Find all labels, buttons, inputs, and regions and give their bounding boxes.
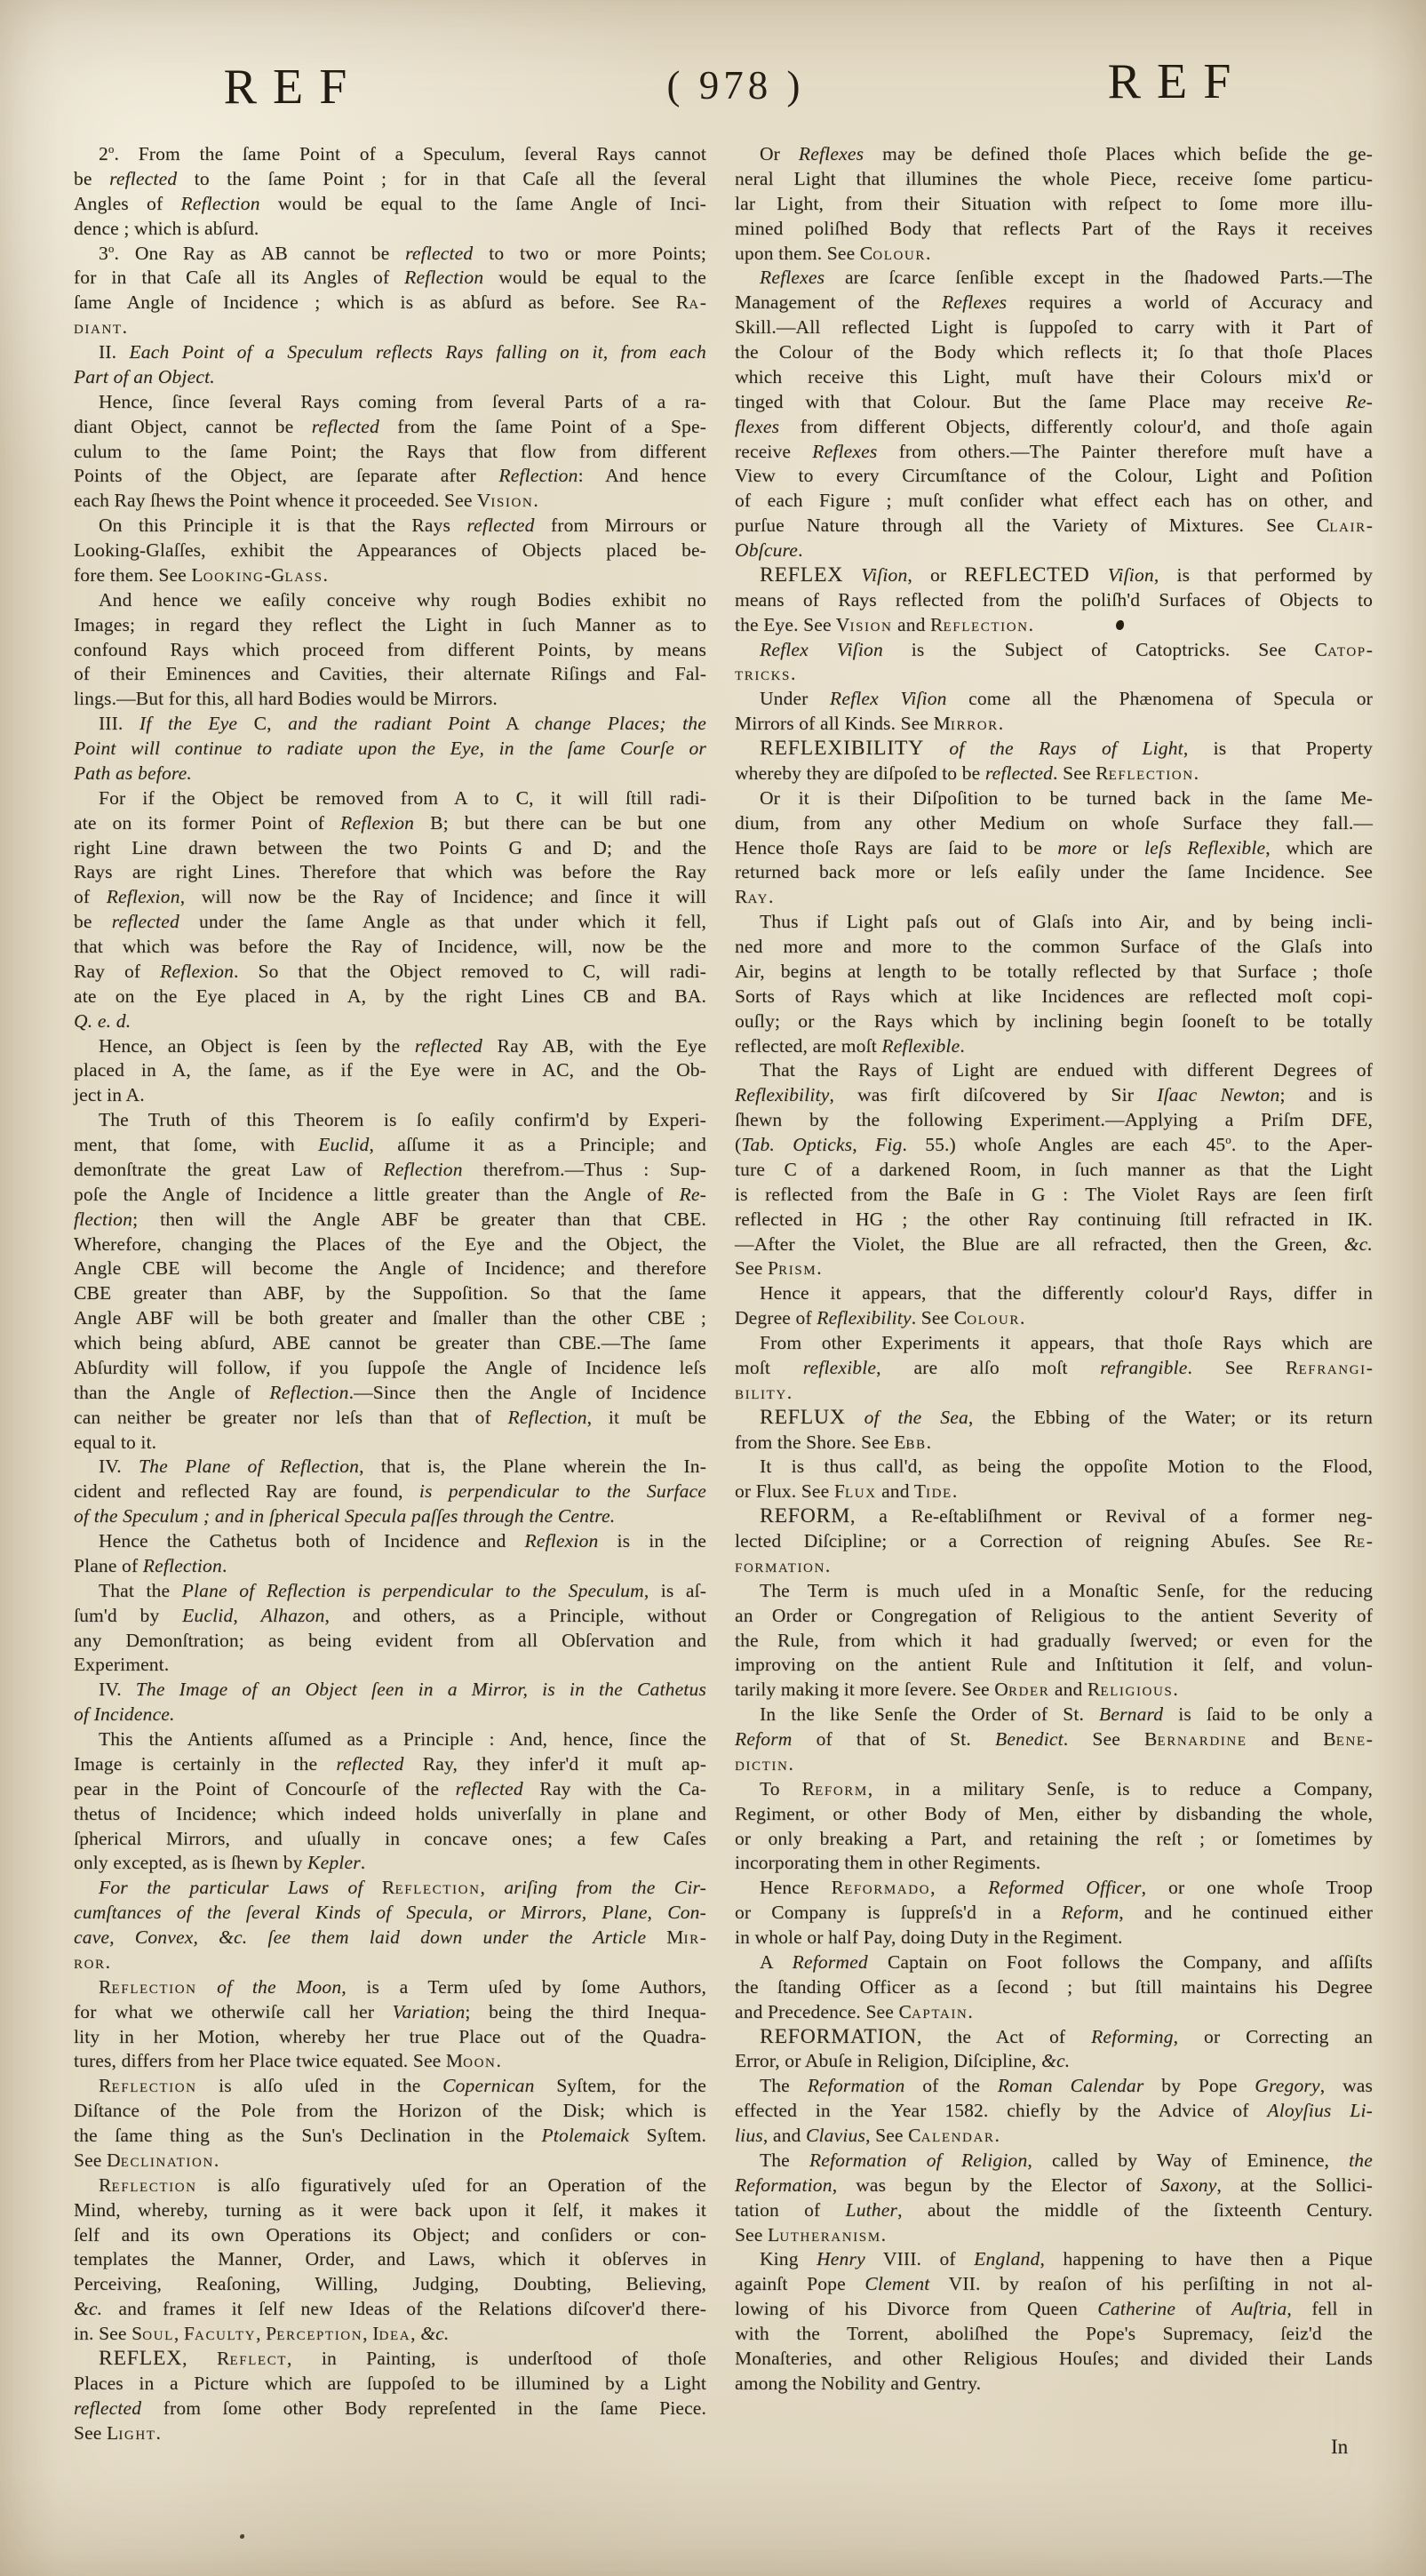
text-line: lius, and Clavius, See Calendar. — [735, 2124, 1373, 2149]
text-line: A Reformed Captain on Foot follows the C… — [735, 1950, 1373, 1975]
text-line: dictin. — [735, 1752, 1373, 1777]
text-line: reflected in HG ; the other Ray continui… — [735, 1208, 1373, 1232]
text-line: See Light. — [74, 2421, 706, 2446]
text-line: lity in her Motion, whereby her true Pla… — [74, 2025, 706, 2050]
text-line: And hence we eaſily conceive why rough B… — [74, 588, 706, 613]
text-line: ſame Angle of Incidence ; which is as ab… — [74, 291, 706, 315]
text-line: Or it is their Diſpoſition to be turned … — [735, 786, 1373, 811]
text-line: On this Principle it is that the Rays re… — [74, 514, 706, 538]
text-line: purſue Nature through all the Variety of… — [735, 514, 1373, 538]
text-line: Thus if Light paſs out of Glaſs into Air… — [735, 910, 1373, 935]
text-line: cident and reflected Ray are found, is p… — [74, 1479, 706, 1504]
text-line: of each Figure ; muſt conſider what effe… — [735, 489, 1373, 514]
text-line: Reflection of the Moon, is a Term uſed b… — [74, 1975, 706, 2000]
text-line: Abſurdity will follow, if you ſuppoſe th… — [74, 1356, 706, 1381]
text-line: REFLUX of the Sea, the Ebbing of the Wat… — [735, 1406, 1373, 1431]
text-line: ture C of a darkened Room, in ſuch manne… — [735, 1158, 1373, 1183]
text-line: in. See Soul, Faculty, Perception, Idea,… — [74, 2322, 706, 2347]
text-line: Reflexes are ſcarce ſenſible except in t… — [735, 266, 1373, 291]
text-line: Mind, whereby, turning as it were back u… — [74, 2198, 706, 2223]
text-line: The Truth of this Theorem is ſo eaſily c… — [74, 1108, 706, 1133]
text-line: cave, Convex, &c. ſee them laid down und… — [74, 1926, 706, 1950]
text-line: whereby they are diſpoſed to be reflecte… — [735, 762, 1373, 786]
text-line: Part of an Object. — [74, 365, 706, 390]
text-line: Angle ABF will be both greater and ſmall… — [74, 1306, 706, 1331]
text-line: Q. e. d. — [74, 1009, 706, 1034]
text-line: Perceiving, Reaſoning, Willing, Judging,… — [74, 2272, 706, 2297]
text-line: &c. and frames it ſelf new Ideas of the … — [74, 2297, 706, 2322]
text-line: right Line drawn between the two Points … — [74, 836, 706, 861]
running-title-left: REF — [224, 59, 363, 116]
text-line: poſe the Angle of Incidence a little gre… — [74, 1183, 706, 1208]
text-line: than the Angle of Reflection.—Since then… — [74, 1381, 706, 1406]
text-line: Mirrors of all Kinds. See Mirror. — [735, 712, 1373, 737]
text-line: flection; then will the Angle ABF be gre… — [74, 1208, 706, 1232]
running-head: REF ( 978 ) REF — [0, 50, 1426, 112]
text-line: receive Reflexes from others.—The Painte… — [735, 440, 1373, 465]
text-line: King Henry VIII. of England, happening t… — [735, 2247, 1373, 2272]
text-line: See Prism. — [735, 1256, 1373, 1281]
text-line: the ſame thing as the Sun's Declination … — [74, 2124, 706, 2149]
text-line: tinged with that Colour. But the ſame Pl… — [735, 390, 1373, 415]
scanned-page: { "header": { "left": "REF", "center": "… — [0, 0, 1426, 2576]
text-line: ror. — [74, 1950, 706, 1975]
text-line: or only breaking a Part, and retaining t… — [735, 1827, 1373, 1852]
text-line: Hence the Cathetus both of Incidence and… — [74, 1529, 706, 1554]
text-line: ſhewn by the following Experiment.—Apply… — [735, 1108, 1373, 1133]
text-line: mined poliſhed Body that reflects Part o… — [735, 217, 1373, 242]
text-line: ſum'd by Euclid, Alhazon, and others, as… — [74, 1604, 706, 1629]
text-line: See Declination. — [74, 2149, 706, 2173]
text-line: any Demonſtration; as being evident from… — [74, 1629, 706, 1654]
text-line: moſt reflexible, are alſo moſt refrangib… — [735, 1356, 1373, 1381]
text-line: ject in A. — [74, 1083, 706, 1108]
text-line: That the Plane of Reflection is perpendi… — [74, 1579, 706, 1604]
text-line: dence ; which is abſurd. — [74, 217, 706, 242]
text-line: Hence Reformado, a Reformed Officer, or … — [735, 1876, 1373, 1901]
text-line: Reform of that of St. Benedict. See Bern… — [735, 1727, 1373, 1752]
text-line: IV. The Image of an Object ſeen in a Mir… — [74, 1678, 706, 1703]
text-line: ate on its former Point of Reflexion B; … — [74, 811, 706, 836]
text-line: Angle CBE will become the Angle of Incid… — [74, 1256, 706, 1281]
text-line: Hence, an Object is ſeen by the reflecte… — [74, 1034, 706, 1059]
text-line: only excepted, as is ſhewn by Kepler. — [74, 1851, 706, 1876]
text-line: In the like Senſe the Order of St. Berna… — [735, 1703, 1373, 1727]
text-line: tarily making it more ſevere. See Order … — [735, 1678, 1373, 1703]
text-line: REFLEX, Reflect, in Painting, is underſt… — [74, 2347, 706, 2372]
text-line: can neither be greater nor leſs than tha… — [74, 1406, 706, 1431]
text-line: for what we otherwiſe call her Variation… — [74, 2000, 706, 2025]
text-line: The Reformation of Religion, called by W… — [735, 2149, 1373, 2173]
text-line: Image is certainly in the reflected Ray,… — [74, 1752, 706, 1777]
text-line: Reflection is alſo figuratively uſed for… — [74, 2173, 706, 2198]
text-line: of Incidence. — [74, 1703, 706, 1727]
text-line: equal to it. — [74, 1431, 706, 1455]
text-line: of Reflexion, will now be the Ray of Inc… — [74, 885, 706, 910]
text-line: For if the Object be removed from A to C… — [74, 786, 706, 811]
text-line: lings.—But for this, all hard Bodies wou… — [74, 687, 706, 712]
text-line: Reflex Viſion is the Subject of Catoptri… — [735, 638, 1373, 663]
catchword: In — [1331, 2436, 1348, 2459]
text-line: an Order or Congregation of Religious to… — [735, 1604, 1373, 1629]
text-line: or Flux. See Flux and Tide. — [735, 1479, 1373, 1504]
text-line: It is thus call'd, as being the oppoſite… — [735, 1455, 1373, 1479]
text-line: be reflected to the ſame Point ; for in … — [74, 167, 706, 192]
text-line: Management of the Reflexes requires a wo… — [735, 291, 1373, 315]
text-line: of the Speculum ; and in ſpherical Specu… — [74, 1504, 706, 1529]
text-line: and Precedence. See Captain. — [735, 2000, 1373, 2025]
text-line: 3o. One Ray as AB cannot be reflected to… — [74, 242, 706, 267]
text-line: REFORM, a Re-eſtabliſhment or Revival of… — [735, 1504, 1373, 1529]
text-line: diant Object, cannot be reflected from t… — [74, 415, 706, 440]
text-line: among the Nobility and Gentry. — [735, 2372, 1373, 2397]
text-line: Reflexibility, was firſt diſcovered by S… — [735, 1083, 1373, 1108]
text-line: tricks. — [735, 662, 1373, 687]
text-line: ſelf and its own Operations its Object; … — [74, 2223, 706, 2248]
running-title-right: REF — [1108, 53, 1247, 110]
text-line: reflected from ſome other Body repreſent… — [74, 2397, 706, 2421]
text-line: Looking-Glaſſes, exhibit the Appearances… — [74, 538, 706, 563]
text-line: of their Eminences and Cavities, their a… — [74, 662, 706, 687]
text-line: Air, begins at length to be totally refl… — [735, 960, 1373, 985]
text-line: with the Torrent, aboliſhed the Pope's S… — [735, 2322, 1373, 2347]
text-line: Under Reflex Viſion come all the Phænome… — [735, 687, 1373, 712]
text-line: or Company is ſuppreſs'd in a Reform, an… — [735, 1901, 1373, 1926]
text-line: ate on the Eye placed in A, by the right… — [74, 985, 706, 1009]
text-line: (Tab. Opticks, Fig. 55.) whoſe Angles ar… — [735, 1133, 1373, 1158]
text-line: each Ray ſhews the Point whence it proce… — [74, 489, 706, 514]
text-line: Plane of Reflection. — [74, 1554, 706, 1579]
text-line: For the particular Laws of Reflection, a… — [74, 1876, 706, 1901]
text-line: from the Shore. See Ebb. — [735, 1431, 1373, 1455]
text-line: II. Each Point of a Speculum reflects Ra… — [74, 340, 706, 365]
text-line: formation. — [735, 1554, 1373, 1579]
text-line: confound Rays which proceed from differe… — [74, 638, 706, 663]
text-line: Regiment, or other Body of Men, either b… — [735, 1802, 1373, 1827]
text-line: ment, that ſome, with Euclid, aſſume it … — [74, 1133, 706, 1158]
text-line: III. If the Eye C, and the radiant Point… — [74, 712, 706, 737]
text-line: templates the Manner, Order, and Laws, w… — [74, 2247, 706, 2272]
text-line: placed in A, the ſame, as if the Eye wer… — [74, 1058, 706, 1083]
text-line: Places in a Picture which are ſuppoſed t… — [74, 2372, 706, 2397]
text-line: tures, differs from her Place twice equa… — [74, 2049, 706, 2074]
text-line: REFLEX Viſion, or REFLECTED Viſion, is t… — [735, 563, 1373, 588]
text-line: REFLEXIBILITY of the Rays of Light, is t… — [735, 737, 1373, 762]
text-line: the Rule, from which it had gradually ſw… — [735, 1629, 1373, 1654]
text-line: Reflection is alſo uſed in the Copernica… — [74, 2074, 706, 2099]
text-line: diant. — [74, 315, 706, 340]
text-line: REFORMATION, the Act of Reforming, or Co… — [735, 2025, 1373, 2050]
text-line: 2o. From the ſame Point of a Speculum, ſ… — [74, 142, 706, 167]
text-line: that which was before the Ray of Inciden… — [74, 935, 706, 960]
text-line: effected in the Year 1582. chiefly by th… — [735, 2099, 1373, 2124]
text-line: againſt Pope Clement VII. by reaſon of h… — [735, 2272, 1373, 2297]
text-line: Images; in regard they reflect the Light… — [74, 613, 706, 638]
text-line: Hence it appears, that the differently c… — [735, 1281, 1373, 1306]
text-line: fore them. See Looking-Glass. — [74, 563, 706, 588]
text-line: Point will continue to radiate upon the … — [74, 737, 706, 762]
text-line: Experiment. — [74, 1653, 706, 1678]
text-line: Sorts of Rays which at like Incidences a… — [735, 985, 1373, 1009]
text-line: Monaſteries, and other Religious Houſes;… — [735, 2347, 1373, 2372]
text-line: which receive this Light, muſt have thei… — [735, 365, 1373, 390]
text-line: ſpherical Mirrors, and uſually in concav… — [74, 1827, 706, 1852]
text-line: Angles of Reflection would be equal to t… — [74, 192, 706, 217]
text-line: neral Light that illumines the whole Pie… — [735, 167, 1373, 192]
text-line: incorporating them in other Regiments. — [735, 1851, 1373, 1876]
text-line: Ray of Reflexion. So that the Object rem… — [74, 960, 706, 985]
text-line: improving on the antient Rule and Inſtit… — [735, 1653, 1373, 1678]
text-line: demonſtrate the great Law of Reflection … — [74, 1158, 706, 1183]
text-line: The Term is much uſed in a Monaſtic Senſ… — [735, 1579, 1373, 1604]
text-line: Error, or Abuſe in Religion, Diſcipline,… — [735, 2049, 1373, 2074]
text-line: IV. The Plane of Reflection, that is, th… — [74, 1455, 706, 1479]
text-line: lowing of his Divorce from Queen Catheri… — [735, 2297, 1373, 2322]
text-line: Obſcure. — [735, 538, 1373, 563]
text-line: Path as before. — [74, 762, 706, 786]
page-number: ( 978 ) — [667, 62, 805, 108]
text-line: the Colour of the Body which reflects it… — [735, 340, 1373, 365]
text-line: reflected, are moſt Reflexible. — [735, 1034, 1373, 1059]
text-line: which being abſurd, ABE cannot be greate… — [74, 1331, 706, 1356]
text-line: is reflected from the Baſe in G : The Vi… — [735, 1183, 1373, 1208]
text-line: in whole or half Pay, doing Duty in the … — [735, 1926, 1373, 1950]
text-line: ned more and more to the common Surface … — [735, 935, 1373, 960]
text-line: See Lutheranism. — [735, 2223, 1373, 2248]
right-column: Or Reflexes may be defined thoſe Places … — [735, 142, 1373, 2397]
text-line: This the Antients aſſumed as a Principle… — [74, 1727, 706, 1752]
text-line: —After the Violet, the Blue are all refr… — [735, 1232, 1373, 1257]
text-line: Hence, ſince ſeveral Rays coming from ſe… — [74, 390, 706, 415]
text-line: pear in the Point of Concourſe of the re… — [74, 1777, 706, 1802]
left-column: 2o. From the ſame Point of a Speculum, ſ… — [74, 142, 706, 2445]
text-line: Reformation, was begun by the Elector of… — [735, 2173, 1373, 2198]
text-line: CBE greater than ABF, by the Suppoſition… — [74, 1281, 706, 1306]
text-line: Hence thoſe Rays are ſaid to be more or … — [735, 836, 1373, 861]
text-line: flexes from different Objects, different… — [735, 415, 1373, 440]
text-line: Ray. — [735, 885, 1373, 910]
text-line: The Reformation of the Roman Calendar by… — [735, 2074, 1373, 2099]
text-line: bility. — [735, 1381, 1373, 1406]
text-line: From other Experiments it appears, that … — [735, 1331, 1373, 1356]
text-line: ouſly; or the Rays which by inclining be… — [735, 1009, 1373, 1034]
text-line: Points of the Object, are ſeparate after… — [74, 464, 706, 489]
text-line: tation of Luther, about the middle of th… — [735, 2198, 1373, 2223]
text-line: be reflected under the ſame Angle as tha… — [74, 910, 706, 935]
text-line: dium, from any other Medium on whoſe Sur… — [735, 811, 1373, 836]
text-line: for in that Caſe all its Angles of Refle… — [74, 266, 706, 291]
text-line: the ſtanding Officer as a ſecond ; but ſ… — [735, 1975, 1373, 2000]
text-line: Diſtance of the Pole from the Horizon of… — [74, 2099, 706, 2124]
text-line: cumſtances of the ſeveral Kinds of Specu… — [74, 1901, 706, 1926]
ink-speck — [240, 2534, 244, 2539]
text-line: Wherefore, changing the Places of the Ey… — [74, 1232, 706, 1257]
text-line: culum to the ſame Point; the Rays that f… — [74, 440, 706, 465]
text-line: the Eye. See Vision and Reflection. — [735, 613, 1373, 638]
text-line: lected Diſcipline; or a Correction of re… — [735, 1529, 1373, 1554]
text-line: View to every Circumſtance of the Colour… — [735, 464, 1373, 489]
text-line: means of Rays reflected from the poliſh'… — [735, 588, 1373, 613]
text-line: lar Light, from their Situation with reſ… — [735, 192, 1373, 217]
text-line: To Reform, in a military Senſe, is to re… — [735, 1777, 1373, 1802]
text-line: Or Reflexes may be defined thoſe Places … — [735, 142, 1373, 167]
text-line: returned back more or leſs eaſily under … — [735, 860, 1373, 885]
text-line: Degree of Reflexibility. See Colour. — [735, 1306, 1373, 1331]
text-line: Skill.—All reflected Light is ſuppoſed t… — [735, 315, 1373, 340]
text-line: That the Rays of Light are endued with d… — [735, 1058, 1373, 1083]
text-line: upon them. See Colour. — [735, 242, 1373, 267]
text-line: Rays are right Lines. Therefore that whi… — [74, 860, 706, 885]
text-line: thetus of Incidence; which indeed holds … — [74, 1802, 706, 1827]
